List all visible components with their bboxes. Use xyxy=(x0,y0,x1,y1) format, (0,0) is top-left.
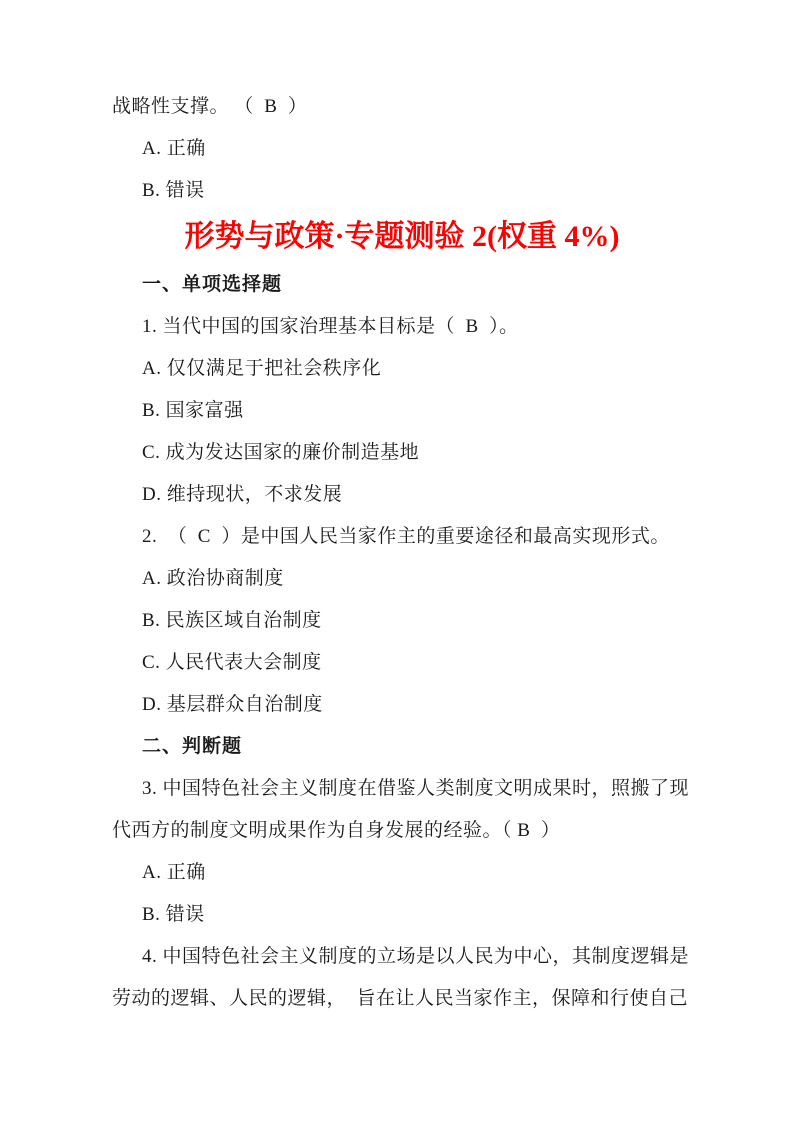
document-page: 战略性支撑。 （ B ） A. 正确 B. 错误 形势与政策·专题测验 2(权重… xyxy=(0,0,793,1122)
section-heading-true-false: 二、判断题 xyxy=(112,726,692,768)
answer-option: A. 政治协商制度 xyxy=(112,558,692,600)
answer-option: B. 错误 xyxy=(112,170,692,212)
question-stem: 1. 当代中国的国家治理基本目标是（ B ）。 xyxy=(112,306,692,348)
answer-option: A. 正确 xyxy=(112,852,692,894)
answer-option: A. 正确 xyxy=(112,128,692,170)
question-stem: 2. （ C ）是中国人民当家作主的重要途径和最高实现形式。 xyxy=(112,516,692,558)
quiz-title: 形势与政策·专题测验 2(权重 4%) xyxy=(112,214,692,260)
answer-option: D. 维持现状，不求发展 xyxy=(112,474,692,516)
section-heading-single-choice: 一、单项选择题 xyxy=(112,264,692,306)
question-stem: 3. 中国特色社会主义制度在借鉴人类制度文明成果时，照搬了现 代西方的制度文明成… xyxy=(112,768,692,852)
answer-option: C. 成为发达国家的廉价制造基地 xyxy=(112,432,692,474)
answer-option: B. 国家富强 xyxy=(112,390,692,432)
answer-option: B. 错误 xyxy=(112,894,692,936)
carryover-text: 战略性支撑。 （ B ） xyxy=(112,86,692,128)
answer-option: A. 仅仅满足于把社会秩序化 xyxy=(112,348,692,390)
answer-option: B. 民族区域自治制度 xyxy=(112,600,692,642)
answer-option: D. 基层群众自治制度 xyxy=(112,684,692,726)
answer-option: C. 人民代表大会制度 xyxy=(112,642,692,684)
question-stem: 4. 中国特色社会主义制度的立场是以人民为中心，其制度逻辑是 劳动的逻辑、人民的… xyxy=(112,936,692,1020)
